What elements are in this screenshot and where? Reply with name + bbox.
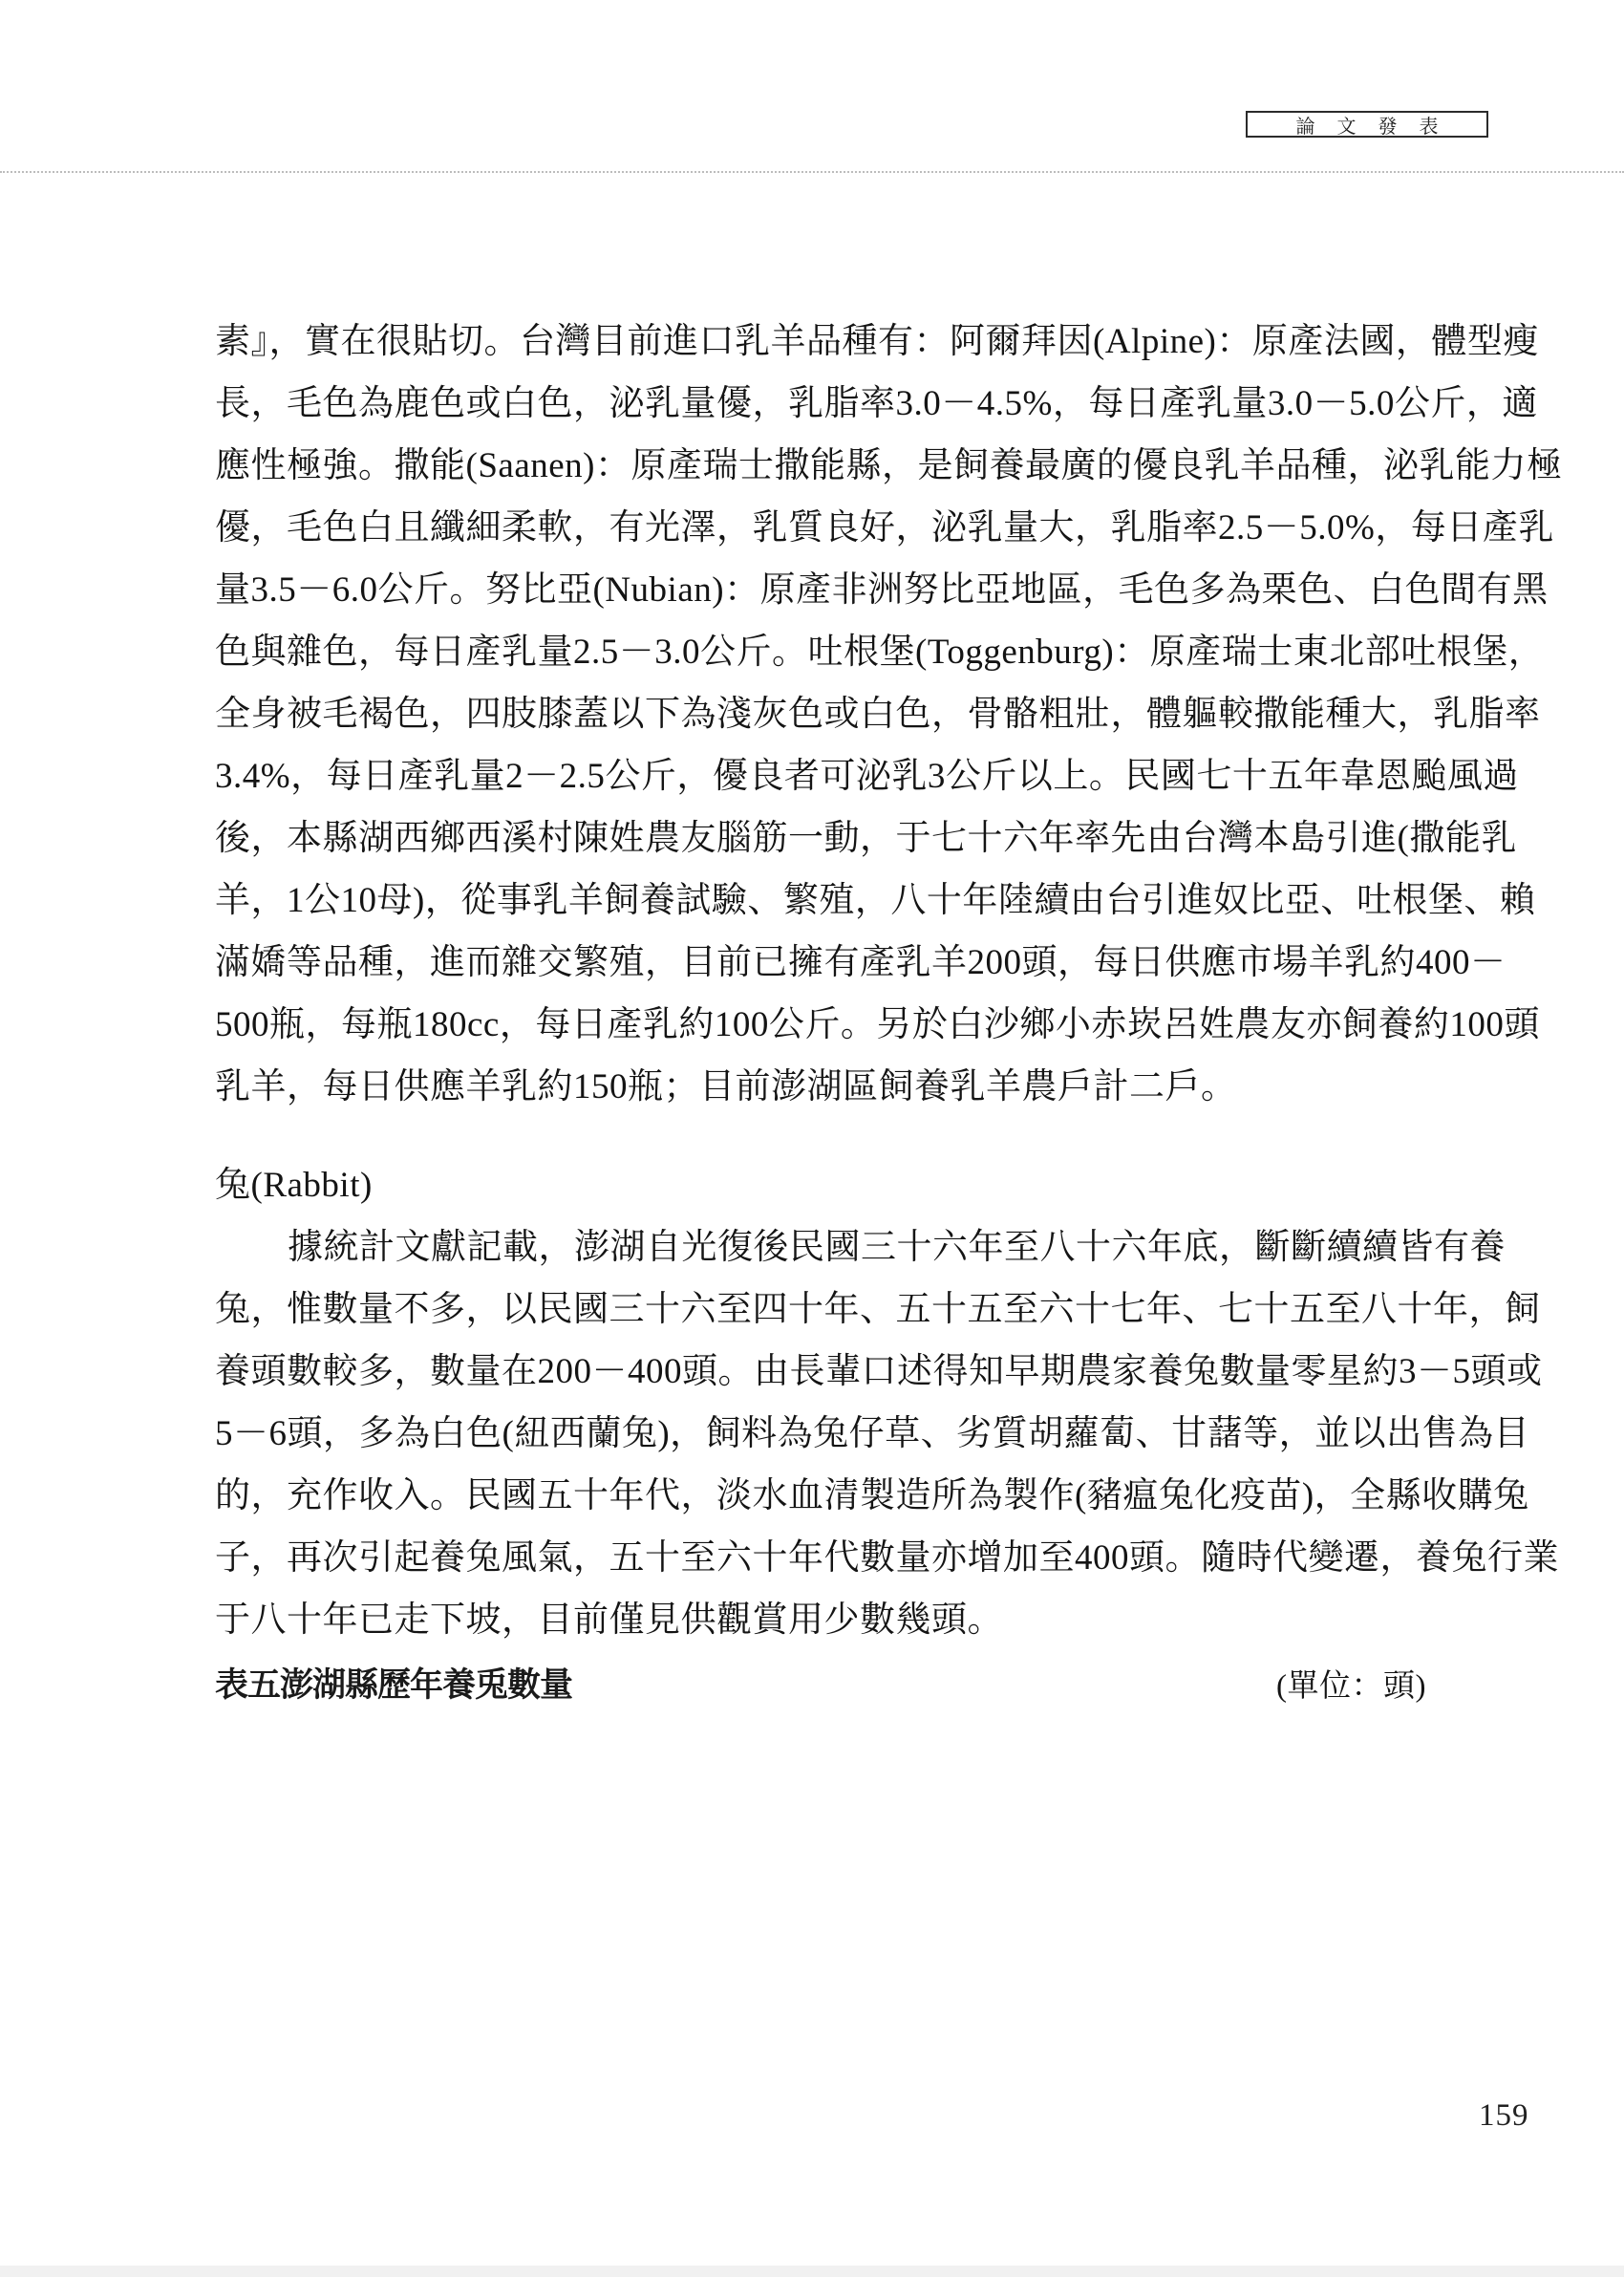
rabbit-paragraph-line: 的，充作收入。民國五十年代，淡水血清製造所為製作(豬瘟兔化疫苗)，全縣收購兔: [215, 1465, 1426, 1527]
goat-paragraph-line: 全身被毛褐色，四肢膝蓋以下為淺灰色或白色，骨骼粗壯，體軀較撒能種大，乳脂率: [215, 683, 1426, 745]
goat-paragraph-line: 量3.5－6.0公斤。努比亞(Nubian)：原產非洲努比亞地區，毛色多為栗色、…: [215, 559, 1426, 621]
goat-paragraph-line: 長，毛色為鹿色或白色，泌乳量優，乳脂率3.0－4.5%，每日產乳量3.0－5.0…: [215, 373, 1426, 435]
rabbit-paragraph-line: 兔，惟數量不多，以民國三十六至四十年、五十五至六十七年、七十五至八十年，飼: [215, 1278, 1426, 1341]
rabbit-paragraph-line: 5－6頭，多為白色(紐西蘭兔)，飼料為兔仔草、劣質胡蘿蔔、甘藷等，並以出售為目: [215, 1403, 1426, 1465]
rabbit-paragraph-line: 子，再次引起養兔風氣，五十至六十年代數量亦增加至400頭。隨時代變遷，養兔行業: [215, 1527, 1426, 1589]
goat-paragraph-line: 滿嬌等品種，進而雜交繁殖，目前已擁有產乳羊200頭，每日供應市場羊乳約400－: [215, 932, 1426, 994]
goat-paragraph-line: 乳羊，每日供應羊乳約150瓶；目前澎湖區飼養乳羊農戶計二戶。: [215, 1056, 1426, 1118]
header-divider-dotted-rule: [0, 171, 1624, 173]
page-body-text: 素』，實在很貼切。台灣目前進口乳羊品種有：阿爾拜因(Alpine)：原產法國，體…: [215, 311, 1426, 1715]
running-header-title: 論 文 發 表: [1296, 111, 1447, 139]
goat-paragraph-line: 優，毛色白且纖細柔軟，有光澤，乳質良好，泌乳量大，乳脂率2.5－5.0%，每日產…: [215, 497, 1426, 559]
goat-paragraph-line: 羊，1公10母)，從事乳羊飼養試驗、繁殖，八十年陸續由台引進奴比亞、吐根堡、賴: [215, 870, 1426, 932]
rabbit-paragraph-line: 養頭數較多，數量在200－400頭。由長輩口述得知早期農家養兔數量零星約3－5頭…: [215, 1341, 1426, 1403]
rabbit-paragraph-line: 據統計文獻記載，澎湖自光復後民國三十六年至八十六年底，斷斷續續皆有養: [215, 1216, 1426, 1278]
table-unit-label: (單位：頭): [1276, 1658, 1426, 1715]
goat-paragraph-line: 3.4%，每日產乳量2－2.5公斤，優良者可泌乳3公斤以上。民國七十五年韋恩颱風…: [215, 745, 1426, 807]
page-number: 159: [1479, 2098, 1529, 2134]
page-bottom-strip: [0, 2266, 1624, 2277]
goat-paragraph-line: 色與雜色，每日產乳量2.5－3.0公斤。吐根堡(Toggenburg)：原產瑞士…: [215, 621, 1426, 683]
rabbit-paragraph-line: 于八十年已走下坡，目前僅見供觀賞用少數幾頭。: [215, 1589, 1426, 1651]
goat-paragraph-line: 應性極強。撒能(Saanen)：原產瑞士撒能縣，是飼養最廣的優良乳羊品種，泌乳能…: [215, 435, 1426, 497]
goat-paragraph-line: 素』，實在很貼切。台灣目前進口乳羊品種有：阿爾拜因(Alpine)：原產法國，體…: [215, 311, 1426, 373]
rabbit-section-heading: 兔(Rabbit): [215, 1154, 1426, 1216]
goat-paragraph-line: 500瓶，每瓶180cc，每日產乳約100公斤。另於白沙鄉小赤崁呂姓農友亦飼養約…: [215, 994, 1426, 1056]
table-caption-row: 表五澎湖縣歷年養兎數量 (單位：頭): [215, 1657, 1426, 1715]
running-header-box: 論 文 發 表: [1246, 111, 1488, 138]
goat-paragraph-line: 後，本縣湖西鄉西溪村陳姓農友腦筋一動，于七十六年率先由台灣本島引進(撒能乳: [215, 807, 1426, 870]
table-caption-title: 表五澎湖縣歷年養兎數量: [215, 1657, 572, 1714]
